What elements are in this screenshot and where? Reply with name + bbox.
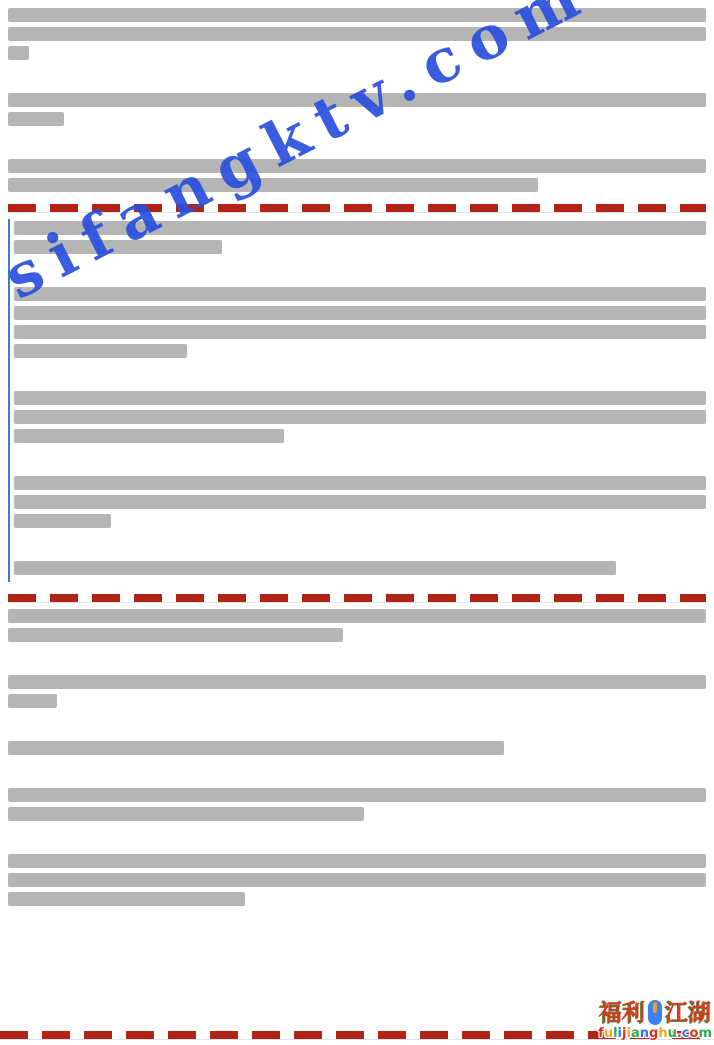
redacted-text-line <box>14 514 111 528</box>
redacted-text-line <box>8 694 57 708</box>
redacted-text-line <box>14 221 706 235</box>
redacted-paragraph <box>8 854 706 906</box>
logo-domain-letter: u <box>668 1026 677 1041</box>
redacted-paragraph <box>14 476 706 528</box>
logo-text-jianghu: 江湖 <box>665 1001 711 1024</box>
logo-row: 福利 江湖 <box>598 1000 712 1025</box>
redacted-paragraph <box>14 391 706 443</box>
logo-domain-letter: n <box>640 1026 649 1041</box>
logo-domain: fulijianghu.com <box>598 1026 712 1041</box>
outro-section <box>8 609 706 906</box>
intro-section <box>8 8 706 192</box>
redacted-paragraph <box>8 741 706 755</box>
redacted-text-line <box>14 476 706 490</box>
redacted-paragraph <box>14 561 706 575</box>
logo-domain-letter: h <box>658 1026 667 1041</box>
redacted-text-line <box>14 306 706 320</box>
logo-text-fuli: 福利 <box>599 1001 645 1024</box>
redacted-text-line <box>14 240 222 254</box>
document-content <box>0 0 714 906</box>
site-logo: 福利 江湖 fulijianghu.com <box>598 1000 712 1041</box>
redacted-text-line <box>8 807 364 821</box>
redacted-text-line <box>14 429 284 443</box>
redacted-text-line <box>8 873 706 887</box>
redacted-text-line <box>14 495 706 509</box>
redacted-text-line <box>8 46 29 60</box>
logo-domain-letter: m <box>698 1026 712 1041</box>
redacted-text-line <box>8 93 706 107</box>
redacted-paragraph <box>8 609 706 642</box>
redacted-paragraph <box>14 287 706 358</box>
quoted-section <box>8 219 706 582</box>
redacted-text-line <box>8 27 706 41</box>
redacted-text-line <box>8 741 504 755</box>
redacted-text-line <box>14 344 187 358</box>
redacted-text-line <box>8 178 538 192</box>
redacted-paragraph <box>8 93 706 126</box>
redacted-text-line <box>14 391 706 405</box>
redacted-text-line <box>8 854 706 868</box>
dashed-divider-middle <box>8 594 706 603</box>
logo-domain-letter: u <box>604 1026 613 1041</box>
redacted-text-line <box>14 325 706 339</box>
redacted-text-line <box>8 675 706 689</box>
redacted-paragraph <box>8 8 706 60</box>
redacted-text-line <box>8 788 706 802</box>
mouse-wheel-icon <box>653 1002 657 1013</box>
page: sifangktv.com 福利 江湖 fulijianghu.com <box>0 0 714 1045</box>
redacted-text-line <box>8 609 706 623</box>
redacted-text-line <box>14 561 616 575</box>
redacted-paragraph <box>14 221 706 254</box>
redacted-text-line <box>14 410 706 424</box>
redacted-text-line <box>8 892 245 906</box>
logo-domain-letter: c <box>682 1026 690 1041</box>
mouse-icon <box>648 1000 662 1025</box>
redacted-text-line <box>8 159 706 173</box>
dashed-divider-top <box>8 204 706 213</box>
redacted-text-line <box>8 8 706 22</box>
redacted-paragraph <box>8 788 706 821</box>
redacted-paragraph <box>8 675 706 708</box>
redacted-text-line <box>8 628 343 642</box>
logo-domain-letter: a <box>631 1026 640 1041</box>
logo-domain-letter: g <box>649 1026 658 1041</box>
redacted-paragraph <box>8 159 706 192</box>
redacted-text-line <box>8 112 64 126</box>
redacted-text-line <box>14 287 706 301</box>
